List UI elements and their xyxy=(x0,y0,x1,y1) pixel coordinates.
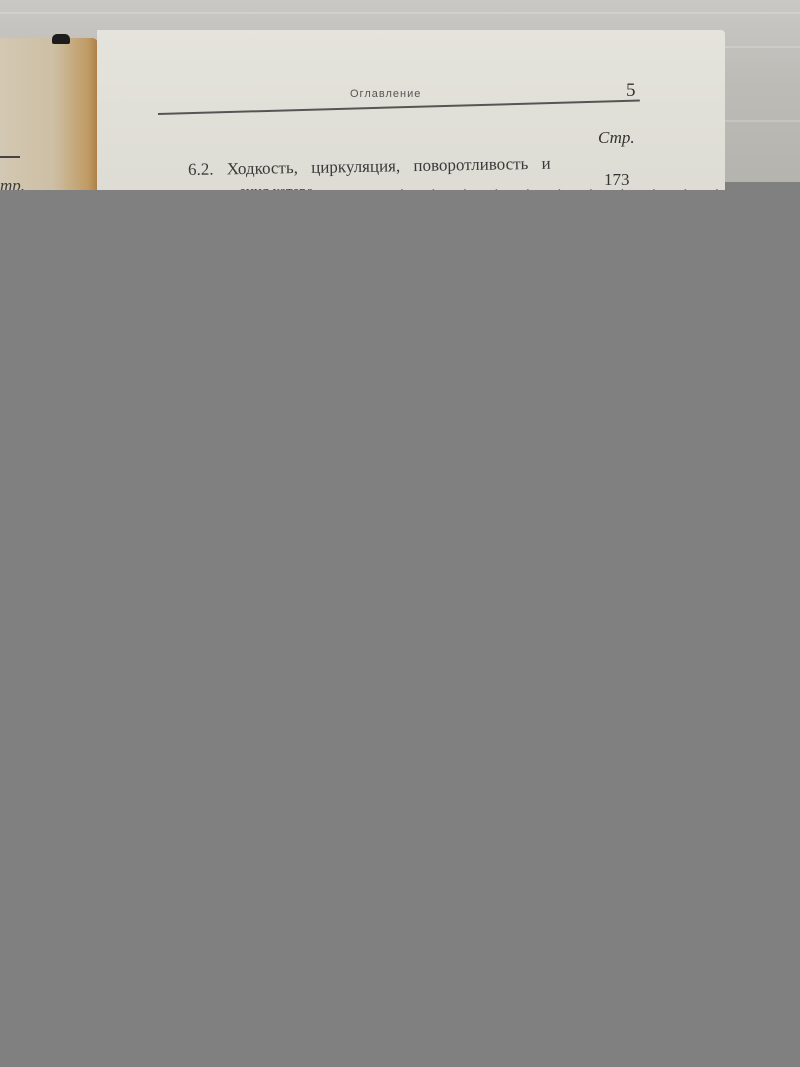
page-column-label: Стр. xyxy=(598,128,635,148)
toc-leader-dots: . . . . . . . . . . . . xyxy=(400,179,762,190)
wood-grain xyxy=(0,12,800,14)
running-head: Оглавление xyxy=(350,88,421,100)
gray-mask xyxy=(0,190,800,1067)
gray-mask-edge xyxy=(725,182,800,192)
left-page-rule xyxy=(0,156,20,158)
left-page: тр. xyxy=(0,38,98,198)
toc-entry-page: 173 xyxy=(604,170,630,190)
toc-entry-number: 6.2. xyxy=(188,160,214,179)
bookmark-ribbon xyxy=(52,34,70,44)
